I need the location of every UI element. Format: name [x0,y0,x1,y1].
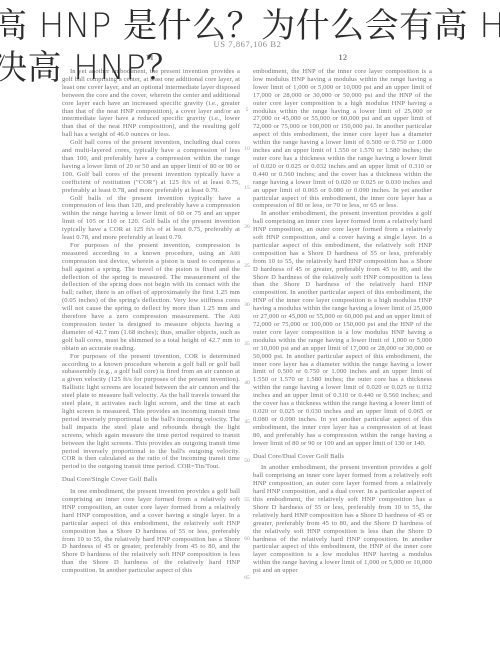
line-number: 45 [244,418,250,426]
paragraph: embodiment, the HNP of the inner core la… [253,68,432,210]
paragraph: In another embodiment, the present inven… [253,464,432,575]
column-number-right: 12 [334,53,352,62]
paragraph: Golf ball cores of the present invention… [62,139,240,194]
line-number: 25 [244,262,250,270]
overlay-title-line-2: 决高 HNP？ [0,40,181,89]
section-heading: Dual Core/Dual Cover Golf Balls [253,453,432,461]
paragraph: For purposes of the present invention, C… [62,353,240,472]
line-number: 50 [244,457,250,465]
patent-left-column: In yet another embodiment, the present i… [62,68,240,616]
paragraph: For purposes of the present invention, c… [62,242,240,353]
line-number: 15 [244,184,250,192]
line-number: 35 [244,340,250,348]
line-number: 5 [246,106,249,114]
line-number: 10 [244,145,250,153]
line-number: 65 [244,574,250,582]
document-page: US 7,867,106 B2 11 12 510152025303540455… [0,0,500,645]
paragraph: Golf balls of the present invention typi… [62,195,240,242]
line-number: 60 [244,535,250,543]
section-heading: Dual Core/Single Cover Golf Balls [62,476,240,484]
paragraph: In another embodiment, the present inven… [253,210,432,447]
line-number: 40 [244,379,250,387]
paragraph: In one embodiment, the present invention… [62,488,240,575]
line-number: 20 [244,223,250,231]
patent-right-column: embodiment, the HNP of the inner core la… [253,68,432,616]
gutter-line-numbers: 5101520253035404550556065 [240,106,254,582]
line-number: 30 [244,301,250,309]
line-number: 55 [244,496,250,504]
